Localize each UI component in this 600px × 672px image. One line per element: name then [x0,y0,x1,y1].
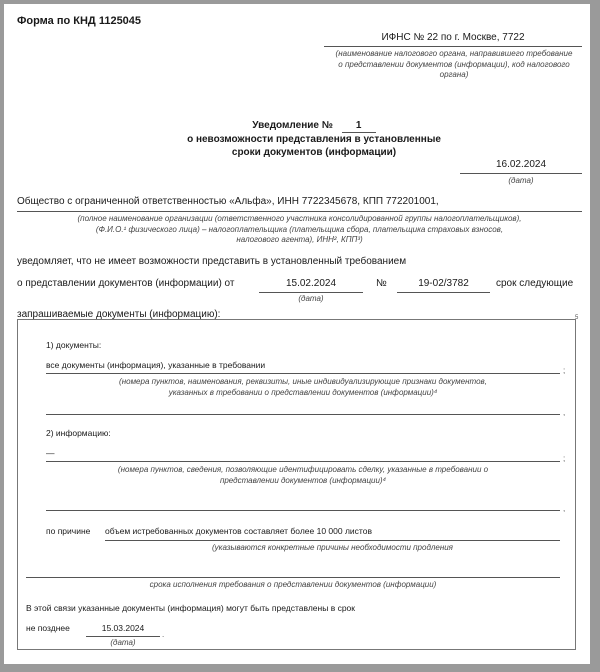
notice-title: Уведомление № 1 о невозможности представ… [164,119,464,159]
notice-date-line [460,173,582,174]
request-date-value: 15.02.2024 [259,278,363,289]
request-number-line [397,292,490,293]
deadline-sentence: В этой связи указанные документы (информ… [26,603,355,613]
request-date-caption: (дата) [259,294,363,305]
notice-number: 1 [342,119,376,133]
notice-title-line2: о невозможности представления в установл… [187,134,441,145]
notice-date-caption: (дата) [460,176,582,187]
information-semicolon: ; [563,454,565,463]
documents-line-2 [46,414,560,415]
reason-caption-line2: срока исполнения требования о представле… [26,580,560,591]
request-date-line [259,292,363,293]
deadline-label: не позднее [26,623,70,633]
form-code: Форма по КНД 1125045 [17,15,141,27]
notice-date-value: 16.02.2024 [460,159,582,170]
documents-semicolon: ; [563,366,565,375]
body-line1: уведомляет, что не имеет возможности пре… [17,256,406,267]
information-line-2 [46,510,560,511]
notice-title-label: Уведомление № [252,120,333,131]
information-label: 2) информацию: [46,428,111,438]
documents-label: 1) документы: [46,340,101,350]
reason-caption-line1: (указываются конкретные причины необходи… [105,543,560,554]
reason-line [105,540,560,541]
information-value: — [46,448,55,458]
deadline-value: 15.03.2024 [86,623,160,633]
reason-label: по причине [46,526,90,536]
notice-title-line3: сроки документов (информации) [232,147,396,158]
body-line2-suffix: срок следующие [496,278,573,289]
deadline-caption: (дата) [86,638,160,649]
reason-value: объем истребованных документов составляе… [105,526,372,536]
documents-value: все документы (информация), указанные в … [46,360,265,370]
deadline-period: . [162,630,164,639]
deadline-line [86,636,160,637]
document-page: Форма по КНД 1125045 ИФНС № 22 по г. Мос… [4,4,590,664]
organization-value: Общество с ограниченной ответственностью… [17,196,439,207]
documents-comma: , [563,408,565,417]
body-line2-prefix: о представлении документов (информации) … [17,278,234,289]
request-number-value: 19-02/3782 [397,278,490,289]
tax-authority-value: ИФНС № 22 по г. Москве, 7722 [324,32,582,43]
documents-caption: (номера пунктов, наименования, реквизиты… [46,377,560,398]
tax-authority-caption: (наименование налогового органа, направи… [334,49,574,81]
tax-authority-line [324,46,582,47]
number-sign: № [376,278,387,289]
documents-line [46,373,560,374]
organization-caption: (полное наименование организации (ответс… [17,214,582,246]
reason-line-2 [26,577,560,578]
information-line [46,461,560,462]
information-comma: , [563,504,565,513]
organization-line [17,211,582,212]
information-caption: (номера пунктов, сведения, позволяющие и… [46,465,560,486]
